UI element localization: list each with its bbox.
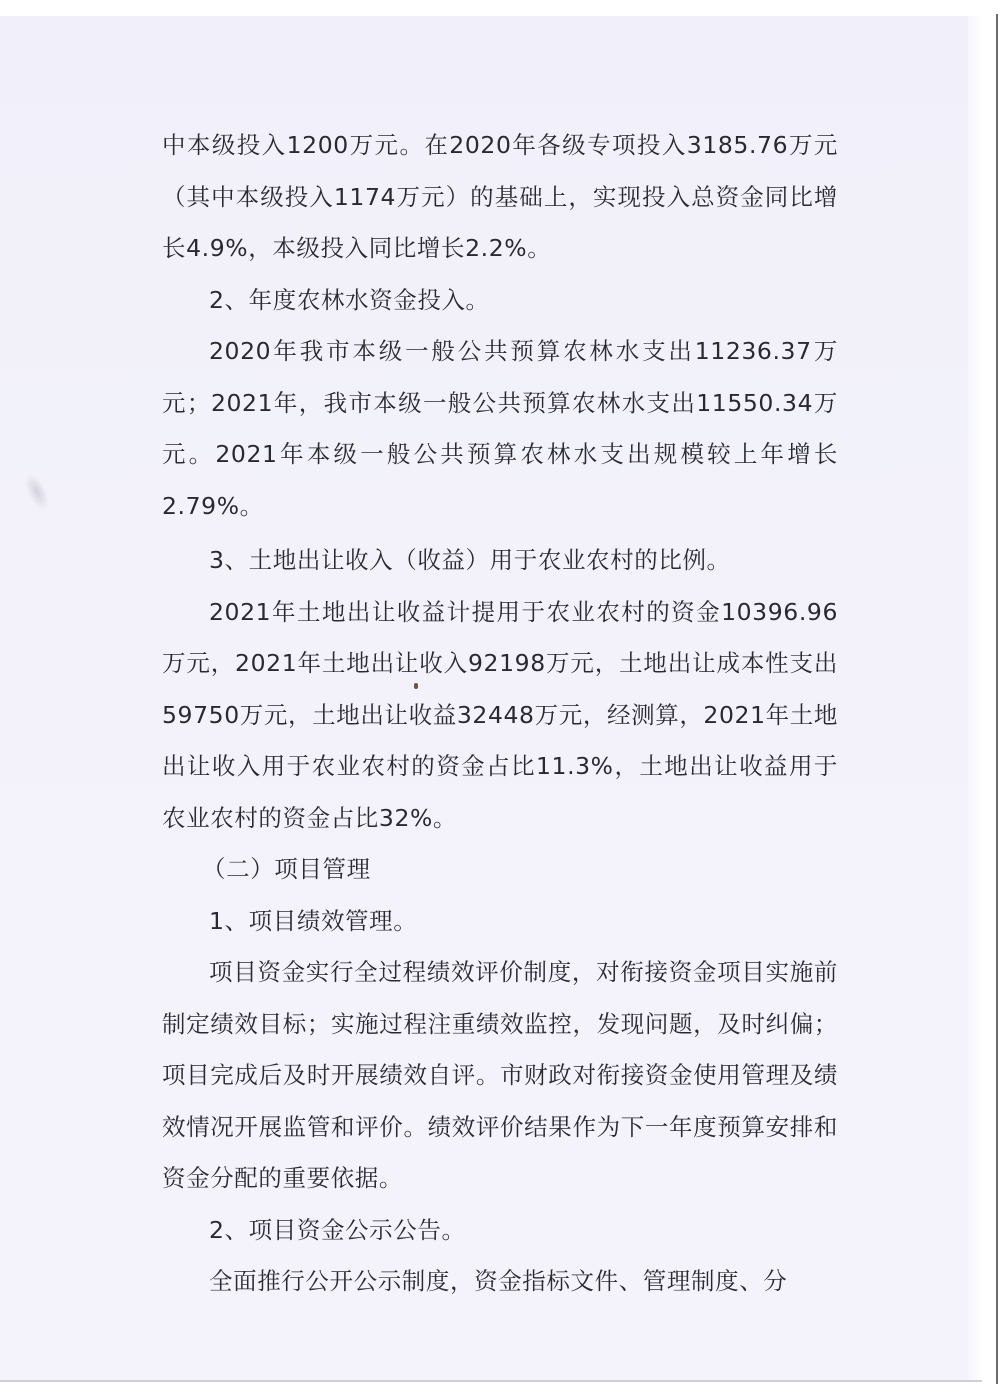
paper-right-edge	[968, 16, 982, 1380]
scan-edge-line	[996, 14, 998, 1384]
heading-fund-disclosure: 2、项目资金公示公告。	[162, 1205, 838, 1257]
section-heading-project-management: （二）项目管理	[162, 844, 838, 896]
paragraph-performance-management: 项目资金实行全过程绩效评价制度，对衔接资金项目实施前制定绩效目标；实施过程注重绩…	[162, 947, 838, 1205]
heading-farm-forestry-water-funding: 2、年度农林水资金投入。	[162, 275, 838, 327]
paragraph-continuation: 中本级投入1200万元。在2020年各级专项投入3185.76万元（其中本级投入…	[162, 120, 838, 275]
heading-performance-management: 1、项目绩效管理。	[162, 896, 838, 948]
paragraph-land-transfer: 2021年土地出让收益计提用于农业农村的资金10396.96万元，2021年土地…	[162, 587, 838, 845]
scan-bottom-edge	[0, 1380, 982, 1382]
scanned-page: 中本级投入1200万元。在2020年各级专项投入3185.76万元（其中本级投入…	[0, 0, 1000, 1387]
paragraph-farm-forestry-water: 2020年我市本级一般公共预算农林水支出11236.37万元；2021年，我市本…	[162, 326, 838, 532]
heading-land-transfer-ratio: 3、土地出让收入（收益）用于农业农村的比例。	[162, 535, 838, 587]
document-body: 中本级投入1200万元。在2020年各级专项投入3185.76万元（其中本级投入…	[162, 120, 838, 1308]
paragraph-fund-disclosure: 全面推行公开公示制度，资金指标文件、管理制度、分	[162, 1256, 838, 1308]
